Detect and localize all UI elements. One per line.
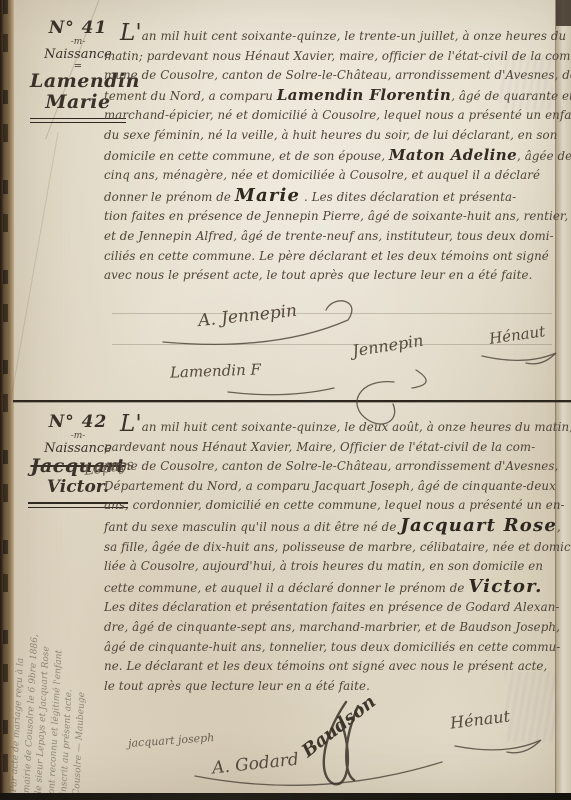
person-name: Maton Adeline	[389, 146, 517, 164]
body-text: ciliés en cette commune. Le père déclara…	[104, 249, 549, 263]
text-line: cette commune, et auquel il a déclaré do…	[104, 577, 566, 599]
body-text: Les dites déclaration et présentation fa…	[104, 600, 560, 614]
guide-line	[112, 313, 552, 314]
body-text: et de Jennepin Alfred, âgé de trente-neu…	[104, 229, 554, 243]
body-text: . Les dites déclaration et présenta-	[300, 190, 516, 204]
text-line: ciliés en cette commune. Le père déclara…	[104, 247, 566, 267]
text-line: mune de Cousolre, canton de Solre-le-Châ…	[104, 66, 566, 86]
body-text: fant du sexe masculin qu'il nous a dit ê…	[104, 520, 400, 534]
text-line: liée à Cousolre, aujourd'hui, à trois he…	[104, 557, 566, 577]
body-text: marchand-épicier, né et domicilié à Cous…	[104, 108, 571, 122]
text-line: matin; pardevant nous Hénaut Xavier, mai…	[104, 47, 566, 67]
body-text: avec nous le présent acte, le tout après…	[104, 268, 532, 282]
body-text: mune de Cousolre, canton de Solre-le-Châ…	[104, 68, 571, 82]
body-text: tion faites en présence de Jennepin Pier…	[104, 209, 568, 223]
body-text: ans, cordonnier, domicilié en cette comm…	[104, 498, 565, 512]
body-text: mune de Cousolre, canton de Solre-le-Châ…	[104, 459, 558, 473]
person-name: Marie	[235, 185, 300, 206]
text-line: mune de Cousolre, canton de Solre-le-Châ…	[104, 457, 566, 477]
body-text: tement du Nord, a comparu	[104, 89, 277, 103]
guide-line	[112, 344, 552, 345]
text-line: Les dites déclaration et présentation fa…	[104, 598, 566, 618]
body-text: ne. Le déclarant et les deux témoins ont…	[104, 659, 547, 673]
corner-shadow	[556, 0, 571, 26]
body-text: le tout après que lecture leur en a été …	[104, 679, 370, 693]
body-text: cette commune, et auquel il a déclaré do…	[104, 581, 468, 595]
text-line: L'an mil huit cent soixante-quinze, le t…	[104, 24, 566, 47]
marriage-legitimation-margin-note: Par acte de mariage reçu à lamairie de C…	[6, 514, 98, 796]
text-line: ans, cordonnier, domicilié en cette comm…	[104, 496, 566, 516]
text-line: pardevant nous Hénaut Xavier, Maire, Off…	[104, 438, 566, 458]
body-text: du sexe féminin, né la veille, à huit he…	[104, 128, 557, 142]
body-text: domicile en cette commune, et de son épo…	[104, 149, 389, 163]
text-line: tement du Nord, a comparu Lamendin Flore…	[104, 86, 566, 107]
body-text: pardevant nous Hénaut Xavier, Maire, Off…	[104, 440, 535, 454]
body-text: cinq ans, ménagère, née et domiciliée à …	[104, 168, 540, 182]
text-line: domicile en cette commune, et de son épo…	[104, 146, 566, 167]
body-text: dre, âgé de cinquante-sept ans, marchand…	[104, 620, 560, 634]
text-line: dre, âgé de cinquante-sept ans, marchand…	[104, 618, 566, 638]
text-line: sa fille, âgée de dix-huit ans, polisseu…	[104, 538, 566, 558]
body-text: liée à Cousolre, aujourd'hui, à trois he…	[104, 559, 543, 573]
text-line: Département du Nord, a comparu Jacquart …	[104, 477, 566, 497]
person-name: Victor.	[468, 576, 542, 597]
person-name: Jacquart Rose	[400, 515, 557, 536]
record-separator-line	[13, 400, 571, 402]
text-line: ne. Le déclarant et les deux témoins ont…	[104, 657, 566, 677]
act-text-record-42: L'an mil huit cent soixante-quinze, le d…	[104, 415, 566, 696]
body-text: ,	[557, 520, 561, 534]
text-line: fant du sexe masculin qu'il nous a dit ê…	[104, 516, 566, 538]
body-text: , âgée de trente-	[517, 149, 571, 163]
photo-bottom-edge	[0, 793, 571, 800]
text-line: le tout après que lecture leur en a été …	[104, 677, 566, 697]
text-line: tion faites en présence de Jennepin Pier…	[104, 207, 566, 227]
margin-note-rotated-text: Par acte de mariage reçu à lamairie de C…	[8, 516, 97, 796]
body-text: , âgé de quarante et un ans,	[451, 89, 571, 103]
signature-lamendin-father: Lamendin F	[170, 360, 261, 381]
person-name: Lamendin Florentin	[277, 86, 451, 104]
act-text-record-41: L'an mil huit cent soixante-quinze, le t…	[104, 24, 566, 286]
text-line: du sexe féminin, né la veille, à huit he…	[104, 126, 566, 146]
body-text: L'an mil huit cent soixante-quinze, le d…	[120, 420, 571, 434]
text-line: cinq ans, ménagère, née et domiciliée à …	[104, 166, 566, 186]
body-text: sa fille, âgée de dix-huit ans, polisseu…	[104, 540, 571, 554]
text-line: et de Jennepin Alfred, âgé de trente-neu…	[104, 227, 566, 247]
text-line: L'an mil huit cent soixante-quinze, le d…	[104, 415, 566, 438]
text-line: marchand-épicier, né et domicilié à Cous…	[104, 106, 566, 126]
body-text: âgé de cinquante-huit ans, tonnelier, to…	[104, 640, 560, 654]
body-text: Département du Nord, a comparu Jacquart …	[104, 479, 556, 493]
text-line: avec nous le présent acte, le tout après…	[104, 266, 566, 286]
text-line: donner le prénom de Marie . Les dites dé…	[104, 186, 566, 208]
body-text: matin; pardevant nous Hénaut Xavier, mai…	[104, 49, 571, 63]
registry-page-scan: N° 41 -m- Naissance = Lamendin Marie L'a…	[0, 0, 571, 800]
text-line: âgé de cinquante-huit ans, tonnelier, to…	[104, 638, 566, 658]
body-text: donner le prénom de	[104, 190, 235, 204]
body-text: L'an mil huit cent soixante-quinze, le t…	[120, 29, 566, 43]
